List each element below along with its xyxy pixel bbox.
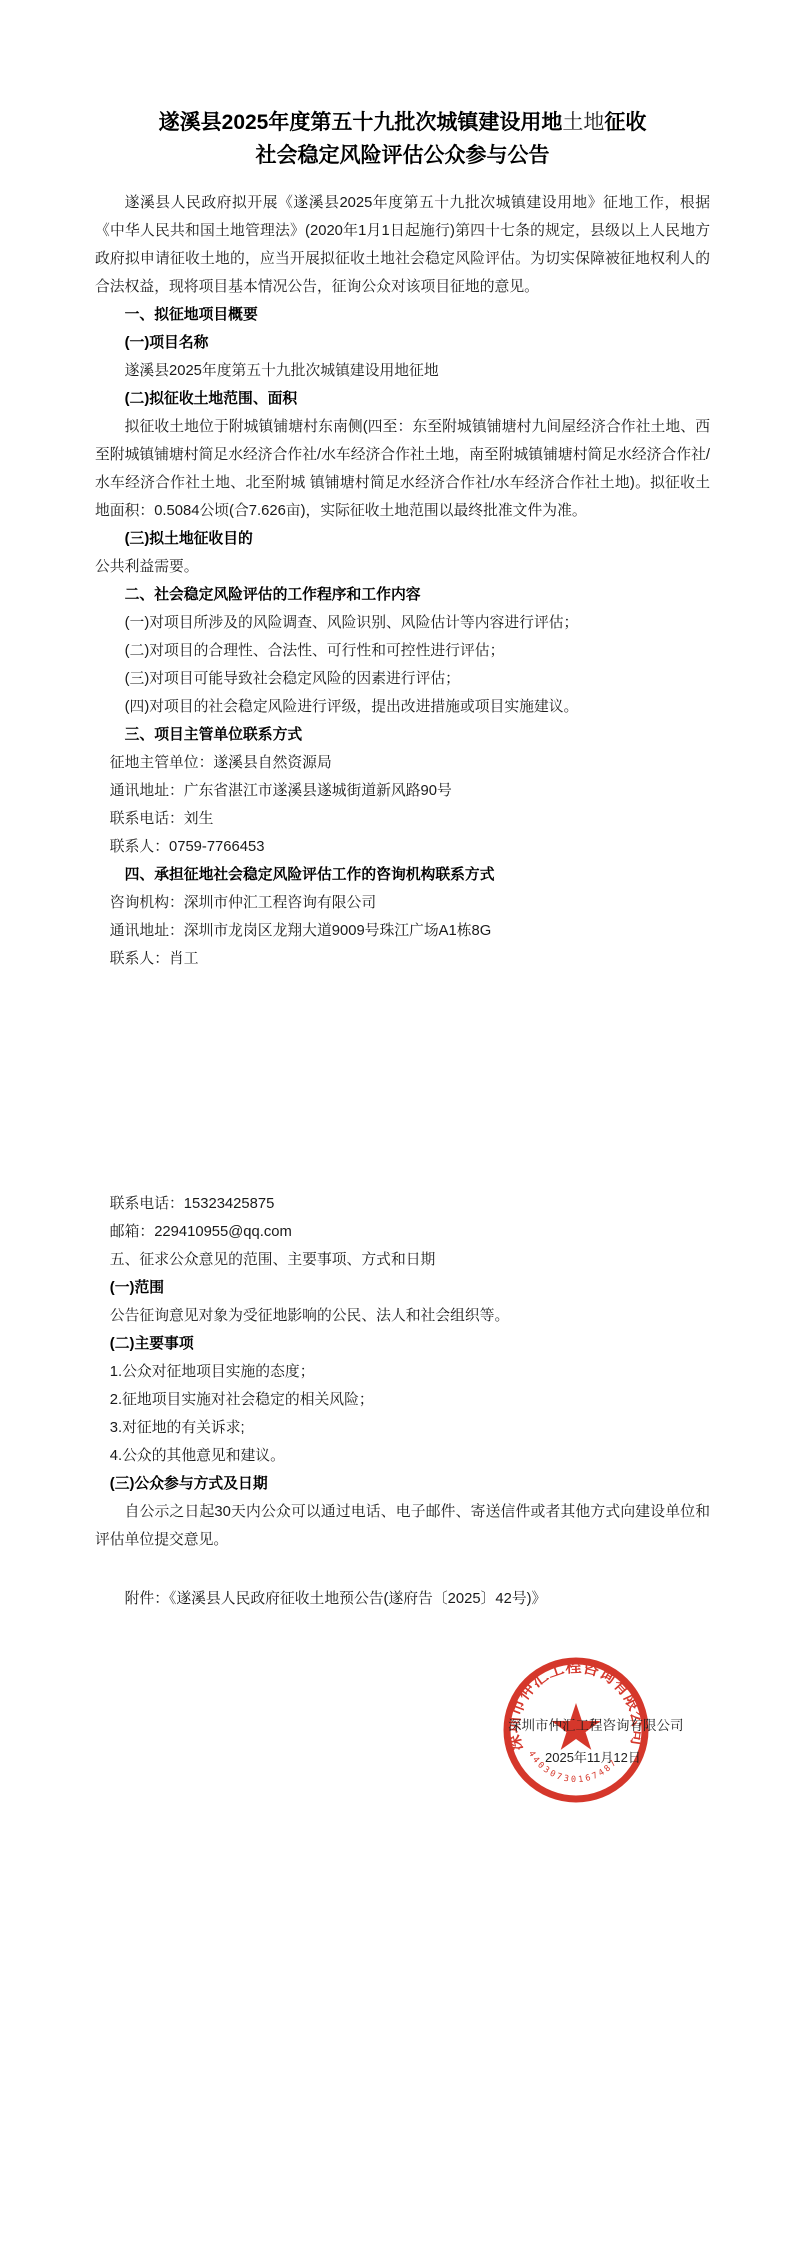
title-line-2: 社会稳定风险评估公众参与公告 [95, 139, 710, 172]
authority-address-line: 通讯地址：广东省湛江市遂溪县遂城街道新风路90号 [95, 777, 710, 805]
project-name: 遂溪县2025年度第五十九批次城镇建设用地征地 [95, 357, 710, 385]
section-1-heading: 一、拟征地项目概要 [95, 301, 710, 329]
title-part-2: 征收 [604, 111, 646, 134]
section-4-heading: 四、承担征地社会稳定风险评估工作的咨询机构联系方式 [95, 861, 710, 889]
authority-contact-line: 联系人：0759-7766453 [95, 833, 710, 861]
title-part-serif: 土地 [562, 110, 604, 134]
section-2-item: (三)对项目可能导致社会稳定风险的因素进行评估； [95, 665, 710, 693]
signature-and-seal-block: 深圳市仲汇工程咨询有限公司 44030730167487 深圳市仲汇工程咨询有限… [95, 1613, 710, 1853]
title-line-1: 遂溪县2025年度第五十九批次城镇建设用地土地征收 [95, 106, 710, 139]
section-5-item: 4.公众的其他意见和建议。 [95, 1442, 710, 1470]
section-1-sub-3-heading: (三)拟土地征收目的 [95, 525, 710, 553]
consultant-email-line: 邮箱：229410955@qq.com [95, 1218, 710, 1246]
attachment-line: 附件：《遂溪县人民政府征收土地预公告(遂府告〔2025〕42号)》 [95, 1585, 710, 1613]
consultant-phone-line: 联系电话：15323425875 [95, 1190, 710, 1218]
signature-date: 2025年11月12日 [545, 1750, 641, 1766]
section-5-item: 3.对征地的有关诉求; [95, 1414, 710, 1442]
consultant-address-line: 通讯地址：深圳市龙岗区龙翔大道9009号珠江广场A1栋8G [95, 917, 710, 945]
consultant-contact-line: 联系人：肖工 [95, 945, 710, 973]
authority-name-line: 征地主管单位：遂溪县自然资源局 [95, 749, 710, 777]
title-part-1: 遂溪县2025年度第五十九批次城镇建设用地 [159, 111, 563, 134]
authority-phone-line: 联系电话：刘生 [95, 805, 710, 833]
page: { "page": { "background": "#ffffff", "te… [0, 0, 800, 2246]
signature-company-name: 深圳市仲汇工程咨询有限公司 [508, 1717, 684, 1734]
section-1-sub-2-heading: (二)拟征收土地范围、面积 [95, 385, 710, 413]
section-5-sub-2-heading: (二)主要事项 [95, 1330, 710, 1358]
land-scope-paragraph: 拟征收土地位于附城镇铺塘村东南侧(四至：东至附城镇铺塘村九间屋经济合作社土地、西… [95, 413, 710, 525]
section-5-item: 1.公众对征地项目实施的态度； [95, 1358, 710, 1386]
intro-paragraph: 遂溪县人民政府拟开展《遂溪县2025年度第五十九批次城镇建设用地》征地工作，根据… [95, 189, 710, 301]
section-5-heading: 五、征求公众意见的范围、主要事项、方式和日期 [95, 1246, 710, 1274]
opinion-scope-line: 公告征询意见对象为受征地影响的公民、法人和社会组织等。 [95, 1302, 710, 1330]
section-3-heading: 三、项目主管单位联系方式 [95, 721, 710, 749]
section-2-item: (四)对项目的社会稳定风险进行评级，提出改进措施或项目实施建议。 [95, 693, 710, 721]
participation-method-paragraph: 自公示之日起30天内公众可以通过电话、电子邮件、寄送信件或者其他方式向建设单位和… [95, 1498, 710, 1554]
section-2-heading: 二、社会稳定风险评估的工作程序和工作内容 [95, 581, 710, 609]
document-title: 遂溪县2025年度第五十九批次城镇建设用地土地征收 社会稳定风险评估公众参与公告 [95, 106, 710, 172]
consultant-name-line: 咨询机构：深圳市仲汇工程咨询有限公司 [95, 889, 710, 917]
section-5-sub-3-heading: (三)公众参与方式及日期 [95, 1470, 710, 1498]
section-2-item: (一)对项目所涉及的风险调查、风险识别、风险估计等内容进行评估； [95, 609, 710, 637]
section-5-sub-1-heading: (一)范围 [95, 1274, 710, 1302]
section-2-item: (二)对项目的合理性、合法性、可行性和可控性进行评估； [95, 637, 710, 665]
section-1-sub-1-heading: (一)项目名称 [95, 329, 710, 357]
section-5-item: 2.征地项目实施对社会稳定的相关风险； [95, 1386, 710, 1414]
announcement-document: 遂溪县2025年度第五十九批次城镇建设用地土地征收 社会稳定风险评估公众参与公告… [0, 0, 800, 1853]
acquisition-purpose: 公共利益需要。 [95, 553, 710, 581]
page-break-blank-space [95, 973, 710, 1190]
